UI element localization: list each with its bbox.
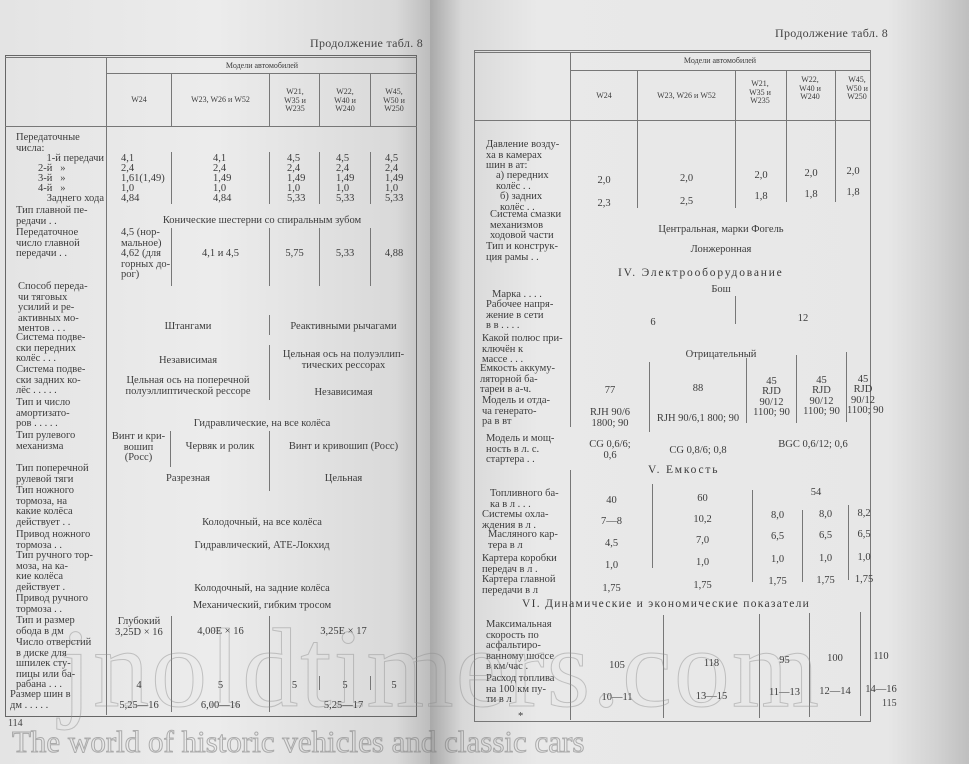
cell-oil-w23: 7,0: [653, 536, 752, 547]
row-label-axle-case: Картера главной передачи в л: [482, 575, 556, 596]
cell-steering-w23: Червяк и ролик: [171, 442, 269, 453]
cell-front-susp-right: Цельная ось на полуэллип- тических рессо…: [270, 350, 417, 371]
rule: [570, 70, 871, 71]
row-label-tire-pressure: Давление возду- ха в камерах шин в ат:: [486, 140, 559, 172]
col-divider: [269, 152, 270, 204]
row-label-gearbox-case: Картера коробки передач в л .: [482, 554, 557, 575]
col-divider: [802, 510, 803, 582]
header-col-5: W45, W50 и W250: [380, 88, 408, 114]
row-label-frame-type: Тип и конструк- ция рамы . .: [486, 242, 558, 263]
cell-voltage-6: 6: [571, 318, 735, 329]
cell-final-ratio-w24: 4,5 (нор- мальное) 4,62 (для горных до- …: [121, 228, 170, 281]
cell-front-pressure-w21: 2,0: [736, 171, 786, 182]
cell-generator-w22: RJD 90/12 1100; 90: [797, 386, 846, 418]
header-col-3: W21, W35 и W235: [282, 88, 308, 114]
col-divider: [269, 73, 270, 126]
row-label-front-wheels: а) передних колёс . .: [496, 171, 549, 192]
cell-traction-left: Штангами: [107, 322, 269, 333]
col-divider: [835, 70, 836, 120]
row-label-generator: Модель и отда- ча генерато- ра в вт: [482, 396, 550, 428]
header-col-1: W24: [571, 92, 637, 101]
row-label-foot-brake-drive: Привод ножного тормоза . .: [16, 530, 90, 551]
cell-front-pressure-w23: 2,0: [638, 174, 735, 185]
cell-gearbox-w23: 1,0: [653, 558, 752, 569]
col-divider: [637, 120, 638, 208]
cell-final-ratio-w45: 4,88: [371, 249, 417, 260]
cell-battery-w24: 77: [571, 386, 649, 397]
cell-generator-w21: RJD 90/12 1100; 90: [747, 387, 796, 419]
cell-reverse-w23: 4,84: [213, 194, 231, 205]
cell-ground-polarity: Отрицательный: [571, 350, 871, 361]
col-divider: [319, 73, 320, 126]
cell-cooling-w21: 8,0: [753, 511, 802, 522]
watermark-tagline: The world of historic vehicles and class…: [12, 724, 584, 760]
cell-reverse-w45: 5,33: [385, 194, 403, 205]
cell-rear-susp-left: Цельная ось на поперечной полуэллиптичес…: [107, 376, 269, 397]
cell-cooling-w45: 8,2: [849, 509, 879, 520]
header-col-4: W22, W40 и W240: [331, 88, 359, 114]
cell-traction-right: Реактивными рычагами: [270, 322, 417, 333]
row-label-final-drive-ratio: Передаточное число главной передачи . .: [16, 228, 80, 260]
row-label-front-suspension: Система подве- ски передних колёс . . .: [16, 333, 85, 365]
col-divider: [171, 152, 172, 204]
row-label-gear-ratios: Передаточные числа:: [16, 133, 80, 154]
cell-front-pressure-w45: 2,0: [836, 167, 870, 178]
col-divider: [319, 152, 320, 204]
row-label-rear-suspension: Система подве- ски задних ко- лёс . . . …: [16, 365, 85, 397]
cell-cooling-w23: 10,2: [653, 515, 752, 526]
cell-final-ratio-w21: 5,75: [270, 249, 319, 260]
cell-oil-w22: 6,5: [803, 531, 848, 542]
rule: [5, 126, 417, 127]
cell-foot-brake: Колодочный, на все колёса: [107, 518, 417, 529]
rule: [474, 120, 871, 121]
page-number: 115: [882, 698, 897, 709]
cell-frame-type: Лонжеронная: [571, 245, 871, 256]
cell-axle-w23: 1,75: [653, 581, 752, 592]
row-label-voltage: Рабочее напря- жение в сети в в . . . .: [486, 300, 553, 332]
cell-cooling-w22: 8,0: [803, 510, 848, 521]
row-label-traction: Способ переда- чи тяговых усилий и ре- а…: [18, 282, 88, 335]
rule: [5, 57, 417, 58]
cell-oil-w45: 6,5: [849, 530, 879, 541]
cell-axle-w21: 1,75: [753, 577, 802, 588]
row-label-fuel-tank: Топливного ба- ка в л . . .: [490, 489, 559, 510]
cell-chassis-lubrication: Центральная, марки Фогель: [571, 225, 871, 236]
col-divider: [860, 612, 861, 716]
cell-hand-brake: Колодочный, на задние колёса: [107, 584, 417, 595]
row-label-starter: Модель и мощ- ность в л. с. стартера . .: [486, 434, 554, 466]
cell-rear-pressure-w22: 1,8: [787, 190, 835, 201]
cell-oil-w24: 4,5: [571, 539, 652, 550]
cell-rear-pressure-w21: 1,8: [736, 192, 786, 203]
header-group-label: Модели автомобилей: [570, 57, 870, 66]
cell-gearbox-w22: 1,0: [803, 554, 848, 565]
header-col-3: W21, W35 и W235: [746, 80, 774, 106]
row-label-tie-rod: Тип поперечной рулевой тяги: [16, 464, 89, 485]
cell-fuel-others: 54: [753, 488, 879, 499]
rule: [474, 52, 871, 53]
header-group-label: Модели автомобилей: [107, 62, 417, 71]
cell-starter-others: BGC 0,6/12; 0,6: [747, 440, 879, 451]
cell-generator-w45: RJD 90/12 1100; 90: [847, 385, 879, 417]
continuation-title: Продолжение табл. 8: [775, 26, 888, 41]
col-divider: [786, 70, 787, 120]
cell-steering-others: Винт и кривошип (Росс): [270, 442, 417, 453]
row-label-shock-absorbers: Тип и число амортизато- ров . . . . .: [16, 398, 70, 430]
col-divider: [370, 73, 371, 126]
cell-front-pressure-w24: 2,0: [571, 176, 637, 187]
cell-gearbox-w21: 1,0: [753, 555, 802, 566]
row-label-cooling: Системы охла- ждения в л .: [482, 510, 549, 531]
row-label-steering: Тип рулевого механизма: [16, 431, 75, 452]
cell-starter-w24: CG 0,6/6; 0,6: [571, 440, 649, 461]
row-label-hand-brake: Тип ручного тор- моза, на ка- кие колёса…: [16, 551, 93, 593]
row-label-ground-polarity: Какой полюс при- ключён к массе . . .: [482, 334, 563, 366]
cell-foot-brake-drive: Гидравлический, АТЕ-Локхид: [107, 541, 417, 552]
cell-make: Бош: [571, 285, 871, 296]
cell-rear-pressure-w23: 2,5: [638, 197, 735, 208]
cell-rear-susp-right: Независимая: [270, 388, 417, 399]
cell-rear-pressure-w24: 2,3: [571, 199, 637, 210]
cell-fuel-w24: 40: [571, 496, 652, 507]
cell-axle-w45: 1,75: [849, 575, 879, 586]
row-label-foot-brake: Тип ножного тормоза, на какие колёса дей…: [16, 486, 74, 528]
cell-final-ratio-w23: 4,1 и 4,5: [172, 249, 269, 260]
cell-reverse-w21: 5,33: [287, 194, 305, 205]
label-column-divider: [570, 52, 571, 427]
cell-rear-pressure-w45: 1,8: [836, 188, 870, 199]
cell-speed-w45: 110: [861, 652, 901, 663]
cell-front-susp-left: Независимая: [107, 356, 269, 367]
cell-gearbox-w24: 1,0: [571, 561, 652, 572]
col-divider: [370, 152, 371, 204]
cell-axle-w24: 1,75: [571, 584, 652, 595]
row-label-reverse: Заднего хода: [10, 194, 104, 205]
cell-tie-rod-right: Цельная: [270, 474, 417, 485]
cell-battery-w23: 88: [650, 384, 746, 395]
cell-cooling-w24: 7—8: [571, 517, 652, 528]
cell-shock: Гидравлические, на все колёса: [107, 419, 417, 430]
col-divider: [735, 70, 736, 120]
cell-gearbox-w45: 1,0: [849, 553, 879, 564]
header-col-2: W23, W26 и W52: [638, 92, 735, 101]
section-title-electrical: IV. Электрооборудование: [618, 268, 784, 279]
continuation-title: Продолжение табл. 8: [310, 36, 423, 51]
row-label-battery: Емкость аккуму- ляторной ба- тареи в а-ч…: [480, 364, 555, 396]
cell-starter-w23: CG 0,8/6; 0,8: [650, 446, 746, 457]
cell-reverse-w24: 4,84: [121, 194, 139, 205]
cell-steering-w24: Винт и кри- вошип (Росс): [107, 432, 170, 464]
row-label-oil-sump: Масляного кар- тера в л: [488, 530, 558, 551]
row-label-final-drive-type: Тип главной пе- редачи . .: [16, 206, 88, 227]
cell-voltage-12: 12: [736, 314, 870, 325]
cell-tie-rod-left: Разрезная: [107, 474, 269, 485]
header-col-5: W45, W50 и W250: [844, 76, 870, 102]
header-col-1: W24: [107, 96, 171, 105]
header-col-2: W23, W26 и W52: [172, 96, 269, 105]
cell-final-ratio-w22: 5,33: [320, 249, 370, 260]
cell-fuel-w23: 60: [653, 494, 752, 505]
cell-generator-w24: RJH 90/6 1800; 90: [571, 408, 649, 429]
watermark-site: jnoldtimers.com: [60, 605, 821, 734]
cell-consumption-w45: 14—16: [861, 685, 901, 696]
header-col-4: W22, W40 и W240: [796, 76, 824, 102]
cell-oil-w21: 6,5: [753, 532, 802, 543]
row-label-chassis-lubrication: Система смазки механизмов ходовой части: [490, 210, 561, 242]
section-title-capacity: V. Емкость: [648, 465, 719, 476]
cell-front-pressure-w22: 2,0: [787, 169, 835, 180]
cell-axle-w22: 1,75: [803, 576, 848, 587]
cell-final-drive-type: Конические шестерни со спиральным зубом: [107, 216, 417, 227]
cell-reverse-w22: 5,33: [336, 194, 354, 205]
cell-generator-w23: RJH 90/6,1 800; 90: [650, 414, 746, 425]
